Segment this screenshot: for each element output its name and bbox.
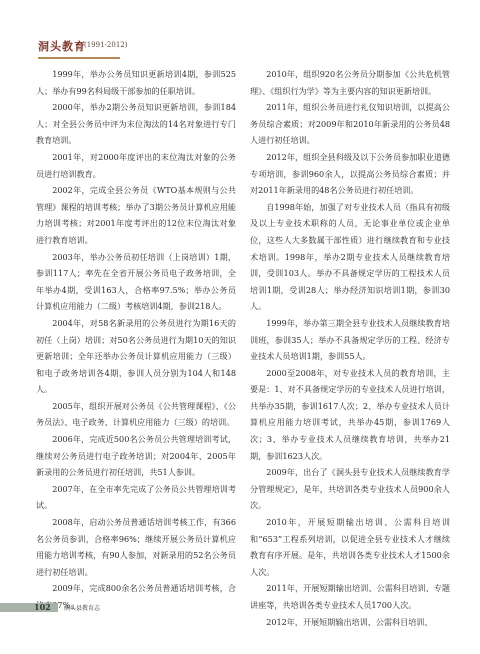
paragraph: 1999年，举办第三期全县专业技术人员继续教育培训班，参训35人；举办不具备规定… (250, 315, 450, 365)
header-title: 洞头教育 (38, 38, 86, 54)
paragraph: 2012年，开展短期输出培训、公需科目培训、 (250, 614, 450, 631)
paragraph: 2005年，组织开展对公务员《公共管理课程》、《公务员法》、电子政务、计算机应用… (36, 398, 236, 431)
running-header: 洞头教育 (1991-2012) (38, 38, 120, 58)
paragraph: 2000年，举办2期公务员知识更新培训，参训184人；对全县公务员中评为末位淘汰… (36, 99, 236, 149)
paragraph: 2012年，组织全县科级及以下公务员参加职业道德专项培训，参训960余人，以提高… (250, 149, 450, 199)
footer-book-title: 洞头县教育志 (64, 603, 100, 612)
paragraph: 2010年，开展短期输出培训、公需科目培训和“653”工程系列培训，以促进全县专… (250, 514, 450, 580)
header-years: (1991-2012) (84, 41, 127, 49)
page-number: 102 (34, 602, 51, 612)
paragraph: 2008年，启动公务员普通话培训考核工作，有366名公务员参训，合格率96%；继… (36, 514, 236, 580)
paragraph: 2002年，完成全县公务员《WTO基本规则与公共管理》课程的培训考核；举办了3期… (36, 182, 236, 248)
right-column: 2010年，组织920名公务员分期参加《公共危机管理》、《组织行为学》等为主要内… (250, 66, 450, 630)
paragraph: 1999年，举办公务员知识更新培训4期，参训525人；举办有99名科局级干部参加… (36, 66, 236, 99)
paragraph: 2010年，组织920名公务员分期参加《公共危机管理》、《组织行为学》等为主要内… (250, 66, 450, 99)
paragraph: 2011年，开展短期输出培训、公需科目培训、专题讲座等，共培训各类专业技术人员1… (250, 580, 450, 613)
paragraph: 2000至2008年，对专业技术人员的教育培训，主要是：1、对不具备规定学历的专… (250, 365, 450, 465)
paragraph: 自1998年始，加强了对专业技术人员（指具有初级及以上专业技术职称的人员，无论事… (250, 199, 450, 315)
paragraph: 2006年，完成近500名公务员公共管理培训考试，继续对公务员进行电子政务培训；… (36, 431, 236, 481)
paragraph: 2009年，出台了《洞头县专业技术人员继续教育学分管理规定》，是年，共培训各类专… (250, 464, 450, 514)
paragraph: 2004年，对58名新录用的公务员进行为期16天的初任（上岗）培训；对50名公务… (36, 315, 236, 398)
paragraph: 2011年，组织公务员进行礼仪知识培训，以提高公务员综合素质；对2009年和20… (250, 99, 450, 149)
paragraph: 2001年，对2000年度评出的末位淘汰对象的公务员进行培训教育。 (36, 149, 236, 182)
header-divider (38, 57, 120, 59)
paragraph: 2003年，举办公务员初任培训（上岗培训）1期，参训117人；率先在全省开展公务… (36, 249, 236, 315)
paragraph: 2007年，在全市率先完成了公务员公共管理培训考试。 (36, 481, 236, 514)
left-column: 1999年，举办公务员知识更新培训4期，参训525人；举办有99名科局级干部参加… (36, 66, 236, 614)
